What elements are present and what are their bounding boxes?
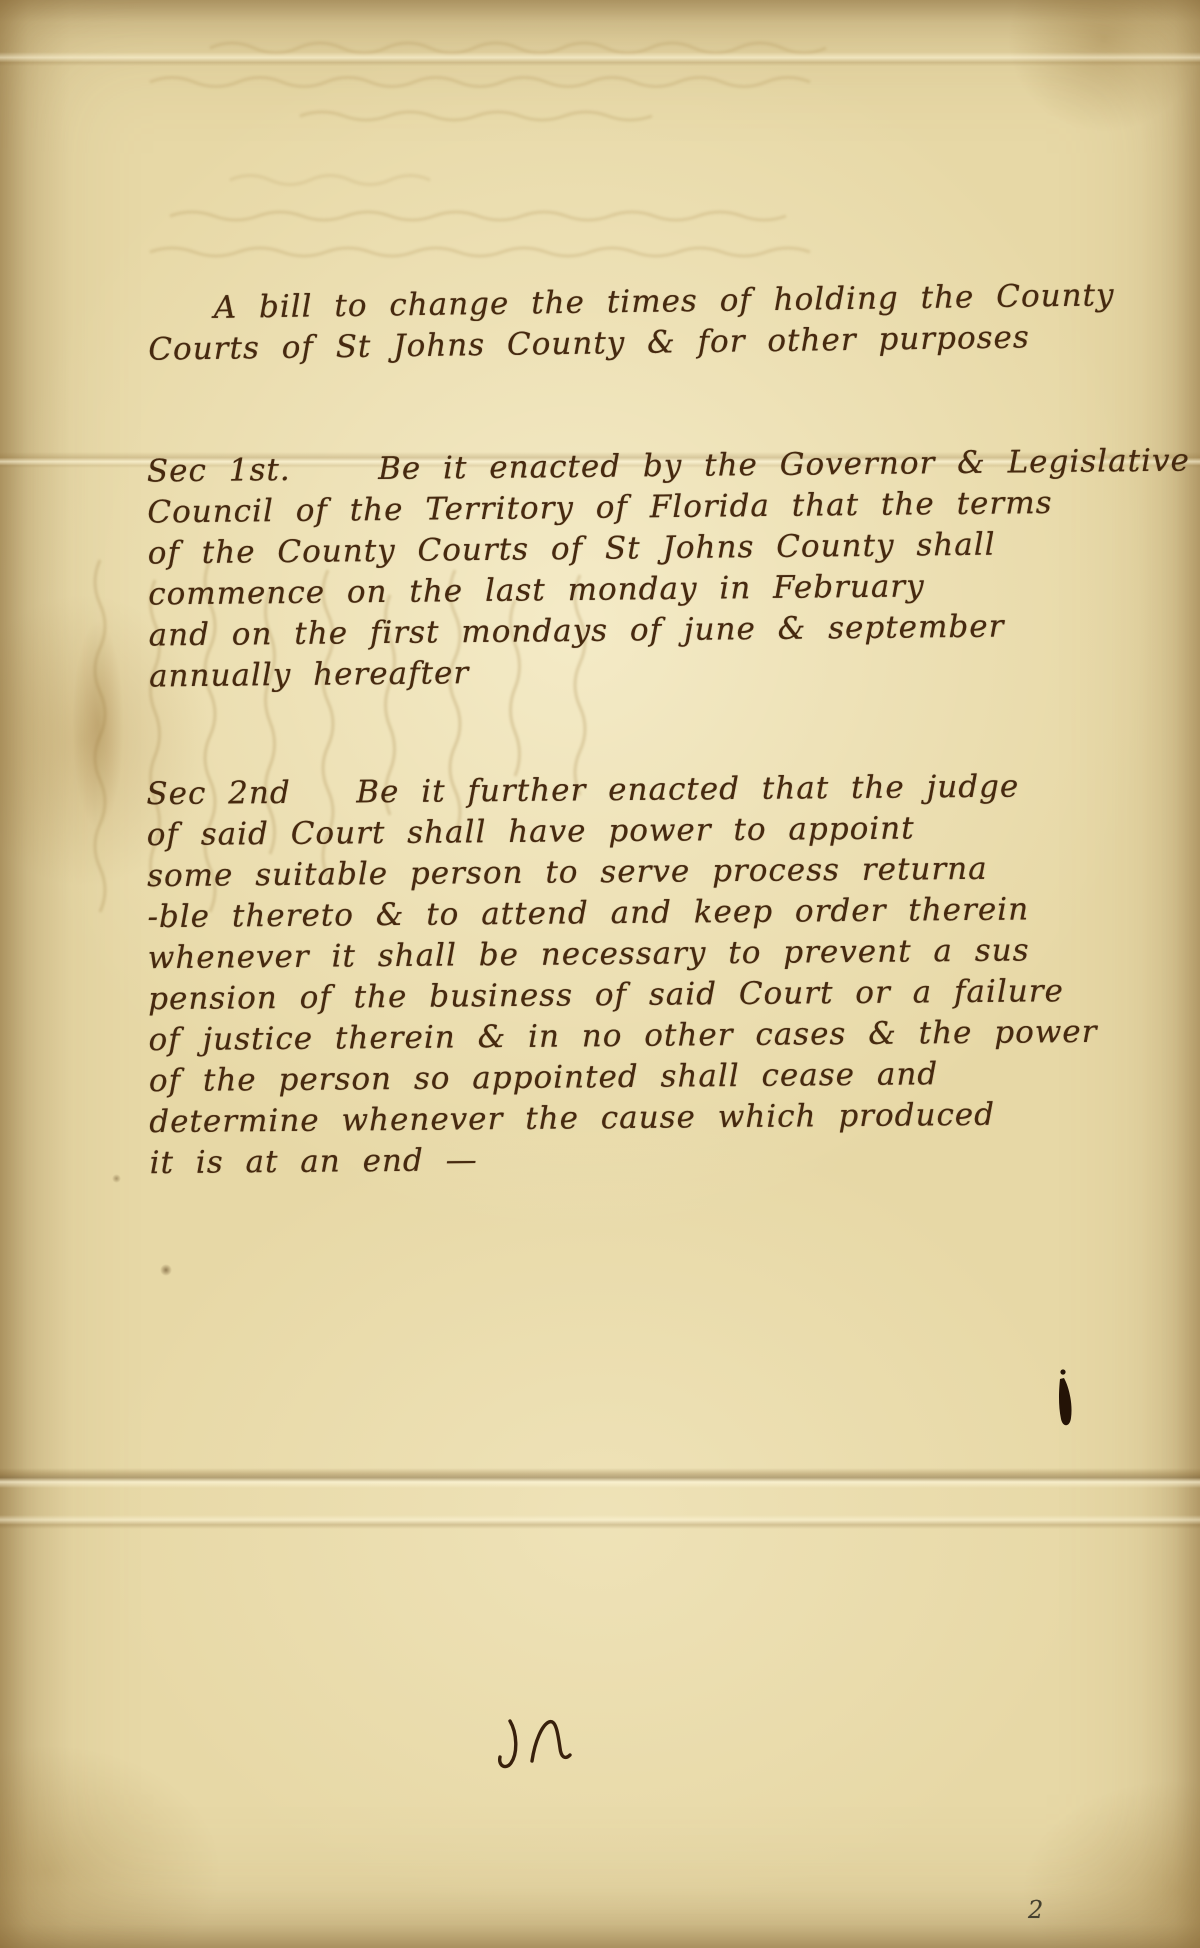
bleed-through-writing-top [90, 20, 1110, 280]
section-1-paragraph: Sec 1st. Be it enacted by the Governor &… [147, 441, 1192, 698]
docket-flourish [480, 1695, 600, 1795]
page-number: 2 [1028, 1896, 1043, 1924]
ink-spot [160, 1264, 172, 1276]
manuscript-line: Sec 2nd Be it further enacted that the j… [146, 766, 1095, 815]
fold-crease-lower-2 [0, 1515, 1200, 1529]
manuscript-line: of justice therein & in no other cases &… [148, 1012, 1097, 1061]
ink-spot-small [112, 1174, 121, 1183]
ink-blot-mark [1040, 1360, 1090, 1440]
document-title: A bill to change the times of holding th… [147, 275, 1115, 370]
manuscript-line: determine whenever the cause which produ… [149, 1094, 1098, 1143]
manuscript-page: A bill to change the times of holding th… [0, 0, 1200, 1948]
manuscript-line: it is at an end — [149, 1135, 1098, 1184]
fold-crease-top [0, 52, 1200, 66]
section-2-paragraph: Sec 2nd Be it further enacted that the j… [146, 766, 1099, 1184]
fold-crease-lower [0, 1468, 1200, 1488]
paper-stain [72, 620, 124, 830]
